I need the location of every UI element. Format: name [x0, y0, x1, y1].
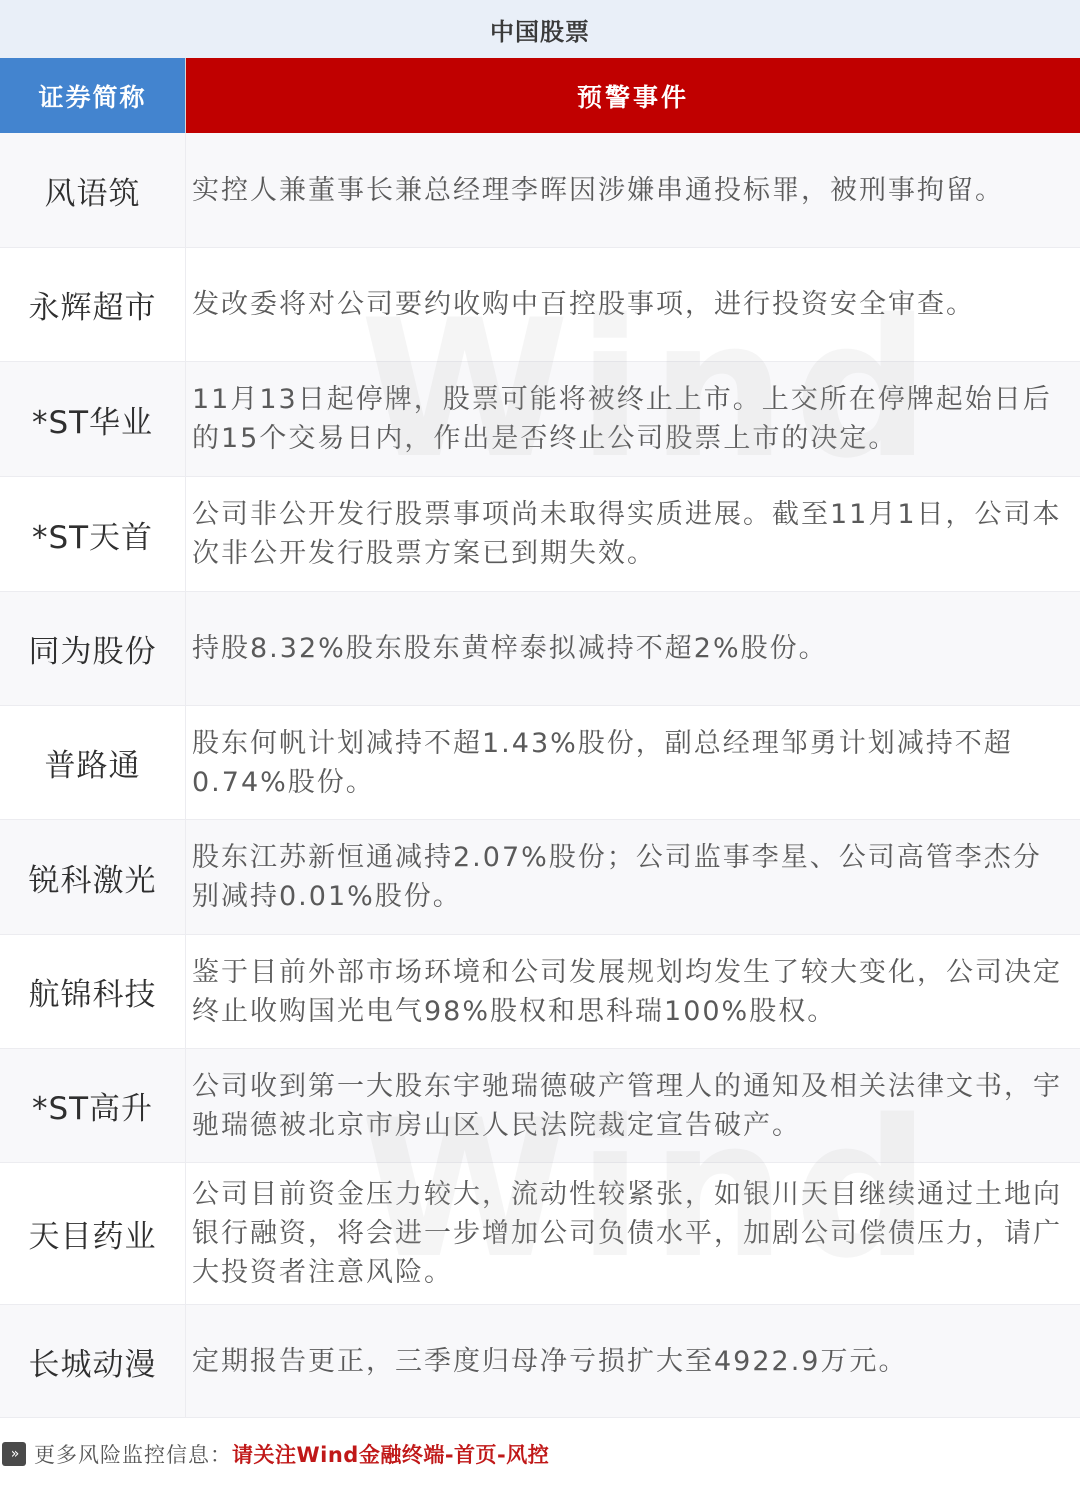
footer-wind-link[interactable]: 请关注Wind金融终端-首页-风控: [232, 1439, 549, 1469]
alert-event: 鉴于目前外部市场环境和公司发展规划均发生了较大变化，公司决定终止收购国光电气98…: [186, 935, 1080, 1048]
table-row: 同为股份 持股8.32%股东股东黄梓泰拟减持不超2%股份。: [0, 592, 1080, 706]
double-chevron-right-icon: »: [2, 1442, 26, 1466]
alert-event: 股东江苏新恒通减持2.07%股份；公司监事李星、公司高管李杰分别减持0.01%股…: [186, 820, 1080, 934]
security-name: 同为股份: [0, 592, 186, 705]
security-name: *ST华业: [0, 362, 186, 476]
alert-event: 持股8.32%股东股东黄梓泰拟减持不超2%股份。: [186, 592, 1080, 705]
table-row: *ST高升 公司收到第一大股东宇驰瑞德破产管理人的通知及相关法律文书，宇驰瑞德被…: [0, 1049, 1080, 1163]
table-row: 永辉超市 发改委将对公司要约收购中百控股事项，进行投资安全审查。: [0, 248, 1080, 362]
alert-event: 实控人兼董事长兼总经理李晖因涉嫌串通投标罪，被刑事拘留。: [186, 133, 1080, 247]
table-row: *ST华业 11月13日起停牌，股票可能将被终止上市。上交所在停牌起始日后的15…: [0, 362, 1080, 477]
security-name: 长城动漫: [0, 1305, 186, 1417]
footer-label: 更多风险监控信息：: [34, 1439, 232, 1469]
alert-event: 股东何帆计划减持不超1.43%股份，副总经理邹勇计划减持不超0.74%股份。: [186, 706, 1080, 819]
table-row: 长城动漫 定期报告更正，三季度归母净亏损扩大至4922.9万元。: [0, 1305, 1080, 1418]
footer: » 更多风险监控信息： 请关注Wind金融终端-首页-风控: [0, 1418, 1080, 1490]
security-name: *ST天首: [0, 477, 186, 591]
alert-event: 11月13日起停牌，股票可能将被终止上市。上交所在停牌起始日后的15个交易日内，…: [186, 362, 1080, 476]
alert-table: 风语筑 实控人兼董事长兼总经理李晖因涉嫌串通投标罪，被刑事拘留。 永辉超市 发改…: [0, 133, 1080, 1418]
alert-event: 发改委将对公司要约收购中百控股事项，进行投资安全审查。: [186, 248, 1080, 361]
security-name: 永辉超市: [0, 248, 186, 361]
security-name: 普路通: [0, 706, 186, 819]
alert-event: 公司非公开发行股票事项尚未取得实质进展。截至11月1日，公司本次非公开发行股票方…: [186, 477, 1080, 591]
alert-event: 公司目前资金压力较大，流动性较紧张，如银川天目继续通过土地向银行融资，将会进一步…: [186, 1163, 1080, 1304]
page-title-bar: 中国股票: [0, 0, 1080, 58]
table-row: 锐科激光 股东江苏新恒通减持2.07%股份；公司监事李星、公司高管李杰分别减持0…: [0, 820, 1080, 935]
column-header-alert-event: 预警事件: [186, 58, 1080, 133]
alert-event: 公司收到第一大股东宇驰瑞德破产管理人的通知及相关法律文书，宇驰瑞德被北京市房山区…: [186, 1049, 1080, 1162]
table-row: 航锦科技 鉴于目前外部市场环境和公司发展规划均发生了较大变化，公司决定终止收购国…: [0, 935, 1080, 1049]
column-header-security-name: 证券简称: [0, 58, 186, 133]
table-row: 普路通 股东何帆计划减持不超1.43%股份，副总经理邹勇计划减持不超0.74%股…: [0, 706, 1080, 820]
security-name: 风语筑: [0, 133, 186, 247]
alert-event: 定期报告更正，三季度归母净亏损扩大至4922.9万元。: [186, 1305, 1080, 1417]
security-name: 天目药业: [0, 1163, 186, 1304]
table-row: 风语筑 实控人兼董事长兼总经理李晖因涉嫌串通投标罪，被刑事拘留。: [0, 133, 1080, 248]
security-name: 航锦科技: [0, 935, 186, 1048]
security-name: 锐科激光: [0, 820, 186, 934]
table-row: *ST天首 公司非公开发行股票事项尚未取得实质进展。截至11月1日，公司本次非公…: [0, 477, 1080, 592]
table-row: 天目药业 公司目前资金压力较大，流动性较紧张，如银川天目继续通过土地向银行融资，…: [0, 1163, 1080, 1305]
page-title: 中国股票: [490, 12, 590, 47]
column-headers: 证券简称 预警事件: [0, 58, 1080, 133]
security-name: *ST高升: [0, 1049, 186, 1162]
